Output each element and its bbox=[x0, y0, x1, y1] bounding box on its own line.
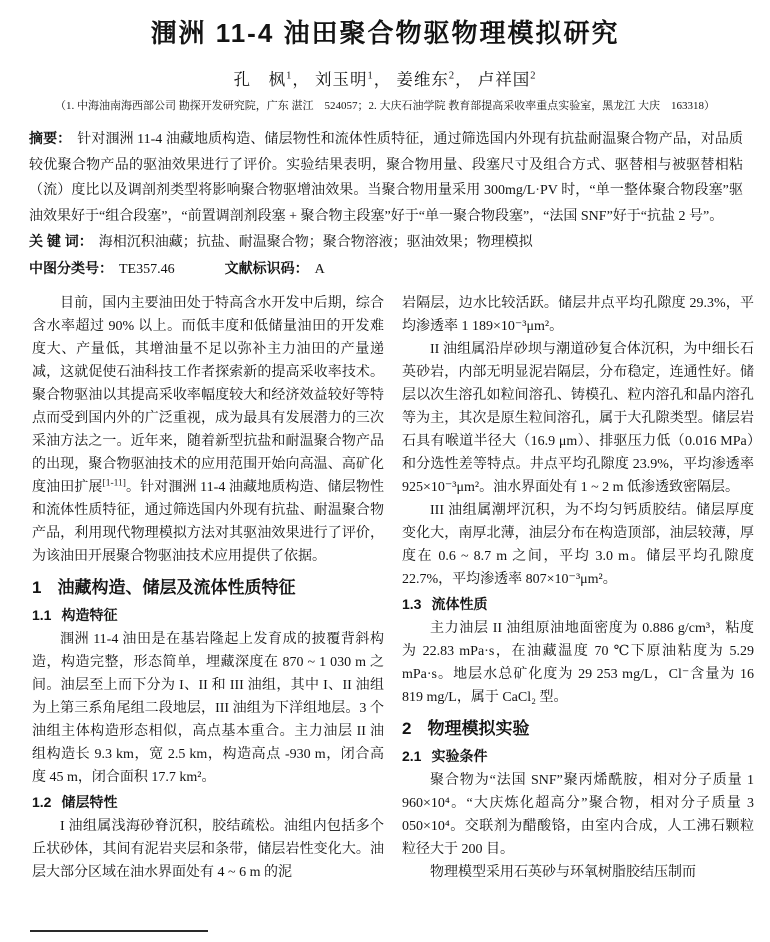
paragraph-physical-model: 物理模型采用石英砂与环氧树脂胶结压制而 bbox=[402, 861, 754, 884]
front-matter: 摘要：针对涠洲 11-4 油藏地质构造、储层物性和流体性质特征，通过筛选国内外现… bbox=[29, 126, 743, 282]
subsection-title: 储层特性 bbox=[61, 794, 117, 810]
keywords-line: 关 键 词：海相沉积油藏；抗盐、耐温聚合物；聚合物溶液；驱油效果；物理模拟 bbox=[29, 229, 743, 256]
paragraph-oil-group-2: II 油组属沿岸砂坝与潮道砂复合体沉积，为中细长石英砂岩，内部无明显泥岩隔层，分… bbox=[402, 338, 754, 499]
section-1-2-heading: 1.2储层特性 bbox=[32, 791, 384, 814]
classification-line: 中图分类号：TE357.46文献标识码：A bbox=[29, 256, 743, 283]
doc-code-label: 文献标识码： bbox=[225, 260, 309, 276]
subsection-number: 2.1 bbox=[402, 748, 421, 764]
author: 卢祥国2 bbox=[478, 70, 537, 89]
right-column: 岩隔层，边水比较活跃。储层井点平均孔隙度 29.3%，平均渗透率 1 189×1… bbox=[402, 292, 754, 884]
author-name: 姜维东 bbox=[396, 70, 449, 89]
abstract-label: 摘要： bbox=[29, 130, 71, 146]
keywords-text: 海相沉积油藏；抗盐、耐温聚合物；聚合物溶液；驱油效果；物理模拟 bbox=[99, 235, 533, 250]
authors-line: 孔 枫1， 刘玉明1， 姜维东2， 卢祥国2 bbox=[0, 66, 770, 90]
author-separator: ， bbox=[455, 70, 473, 89]
section-number: 1 bbox=[32, 578, 41, 597]
section-1-3-heading: 1.3流体性质 bbox=[402, 593, 754, 616]
section-number: 2 bbox=[402, 719, 411, 738]
citation-marker: [1-11] bbox=[103, 478, 126, 488]
paper-title: 涠洲 11-4 油田聚合物驱物理模拟研究 bbox=[0, 0, 770, 50]
doc-code-value: A bbox=[315, 262, 325, 277]
author-name: 卢祥国 bbox=[478, 70, 531, 89]
subsection-title: 流体性质 bbox=[431, 596, 487, 612]
doc-code-group: 文献标识码：A bbox=[225, 262, 329, 277]
abstract-text: 针对涠洲 11-4 油藏地质构造、储层物性和流体性质特征，通过筛选国内外现有抗盐… bbox=[29, 132, 743, 224]
author-separator: ， bbox=[374, 70, 392, 89]
paragraph-structure: 涠洲 11-4 油田是在基岩隆起上发育成的披覆背斜构造，构造完整，形态简单，埋藏… bbox=[32, 628, 384, 789]
left-column: 目前，国内主要油田处于特高含水开发中后期，综合含水率超过 90% 以上。而低丰度… bbox=[32, 292, 384, 884]
paragraph-oil-group-3: III 油组属潮坪沉积，为不均匀钙质胶结。储层厚度变化大，南厚北薄，油层分布在构… bbox=[402, 499, 754, 591]
paper-page: 涠洲 11-4 油田聚合物驱物理模拟研究 孔 枫1， 刘玉明1， 姜维东2， 卢… bbox=[0, 0, 770, 942]
section-1-heading: 1油藏构造、储层及流体性质特征 bbox=[32, 577, 384, 599]
section-title: 油藏构造、储层及流体性质特征 bbox=[57, 578, 295, 597]
paragraph-experiment-conditions: 聚合物为“法国 SNF”聚丙烯酰胺，相对分子质量 1 960×10⁴。“大庆炼化… bbox=[402, 769, 754, 861]
subsection-number: 1.1 bbox=[32, 607, 51, 623]
footnote-rule bbox=[30, 930, 208, 932]
affiliation-line: （1. 中海油南海西部公司 勘探开发研究院，广东 湛江 524057；2. 大庆… bbox=[0, 97, 770, 113]
author: 刘玉明1， bbox=[315, 70, 391, 89]
subsection-number: 1.3 bbox=[402, 596, 421, 612]
intro-paragraph: 目前，国内主要油田处于特高含水开发中后期，综合含水率超过 90% 以上。而低丰度… bbox=[32, 292, 384, 568]
keywords-label: 关 键 词： bbox=[29, 233, 93, 249]
section-1-1-heading: 1.1构造特征 bbox=[32, 604, 384, 627]
subsection-title: 构造特征 bbox=[61, 607, 117, 623]
subsection-number: 1.2 bbox=[32, 794, 51, 810]
author-name: 孔 枫 bbox=[234, 70, 287, 89]
paragraph-fluid-properties: 主力油层 II 油组原油地面密度为 0.886 g/cm³，粘度为 22.83 … bbox=[402, 617, 754, 709]
subsection-title: 实验条件 bbox=[431, 748, 487, 764]
clc-label: 中图分类号： bbox=[29, 260, 113, 276]
intro-text-1: 目前，国内主要油田处于特高含水开发中后期，综合含水率超过 90% 以上。而低丰度… bbox=[32, 296, 384, 495]
paragraph-continuation: 岩隔层，边水比较活跃。储层井点平均孔隙度 29.3%，平均渗透率 1 189×1… bbox=[402, 292, 754, 338]
paragraph-reservoir: I 油组属浅海砂脊沉积，胶结疏松。油组内包括多个丘状砂体，其间有泥岩夹层和条带，… bbox=[32, 815, 384, 884]
author: 孔 枫1， bbox=[234, 70, 310, 89]
affiliation-marker: 2 bbox=[530, 71, 536, 82]
section-2-1-heading: 2.1实验条件 bbox=[402, 745, 754, 768]
section-2-heading: 2物理模拟实验 bbox=[402, 718, 754, 740]
body-columns: 目前，国内主要油田处于特高含水开发中后期，综合含水率超过 90% 以上。而低丰度… bbox=[32, 292, 754, 884]
abstract: 摘要：针对涠洲 11-4 油藏地质构造、储层物性和流体性质特征，通过筛选国内外现… bbox=[29, 126, 743, 229]
author-name: 刘玉明 bbox=[315, 70, 368, 89]
author: 姜维东2， bbox=[396, 70, 472, 89]
clc-value: TE357.46 bbox=[119, 262, 175, 277]
section-title: 物理模拟实验 bbox=[427, 719, 529, 738]
author-separator: ， bbox=[292, 70, 310, 89]
